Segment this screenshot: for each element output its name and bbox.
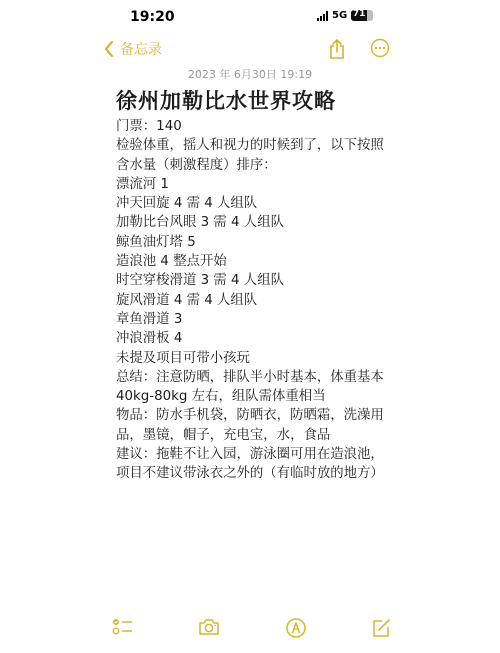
compose-icon [370,617,392,639]
note-date: 2023 年 6月30日 19:19 [0,66,500,82]
camera-button[interactable] [198,617,220,641]
note-line: 章鱼滑道 3 [116,310,396,329]
network-type: 5G [332,10,347,21]
share-icon [328,38,346,60]
checklist-button[interactable] [112,617,134,641]
note-line: 冲浪滑板 4 [116,329,396,348]
note-body[interactable]: 徐州加勒比水世界攻略 门票：140 检验体重，摇人和视力的时候到了，以下按照含水… [116,86,396,484]
status-time: 19:20 [130,9,175,25]
back-button[interactable]: 备忘录 [104,39,162,59]
status-indicators: 5G 71 [317,10,373,21]
camera-icon [198,617,220,637]
signal-icon [317,11,328,21]
note-line: 冲天回旋 4 需 4 人组队 [116,194,396,213]
back-label: 备忘录 [120,39,162,59]
note-line: 旋风滑道 4 需 4 人组队 [116,291,396,310]
note-line: 总结：注意防晒，排队半小时基本，体重基本 40kg-80kg 左右，组队需体重相… [116,368,396,407]
markup-pen-icon [285,617,307,639]
note-line: 未提及项目可带小孩玩 [116,349,396,368]
chevron-left-icon [104,41,114,57]
status-bar: 19:20 5G 71 [0,0,500,36]
markup-button[interactable] [285,617,307,643]
note-line: 建议：拖鞋不让入园，游泳圈可用在造浪池，项目不建议带泳衣之外的（有临时放的地方） [116,445,396,484]
more-button[interactable] [370,38,390,62]
note-line: 漂流河 1 [116,175,396,194]
battery-icon: 71 [351,10,373,21]
note-line: 造浪池 4 整点开始 [116,252,396,271]
note-title: 徐州加勒比水世界攻略 [116,86,396,116]
note-line: 时空穿梭滑道 3 需 4 人组队 [116,271,396,290]
battery-level: 71 [351,10,367,19]
note-line: 门票：140 [116,117,396,136]
nav-bar: 备忘录 [0,36,500,64]
share-button[interactable] [328,38,346,64]
note-line: 物品：防水手机袋，防晒衣，防晒霜，洗澡用品，墨镜，帽子，充电宝，水，食品 [116,406,396,445]
checklist-icon [112,617,134,637]
note-line: 鲸鱼油灯塔 5 [116,233,396,252]
ellipsis-circle-icon [370,38,390,58]
note-line: 加勒比台风眼 3 需 4 人组队 [116,213,396,232]
note-line: 检验体重，摇人和视力的时候到了，以下按照含水量（刺激程度）排序： [116,136,396,175]
bottom-toolbar [0,613,500,643]
compose-button[interactable] [370,617,392,643]
